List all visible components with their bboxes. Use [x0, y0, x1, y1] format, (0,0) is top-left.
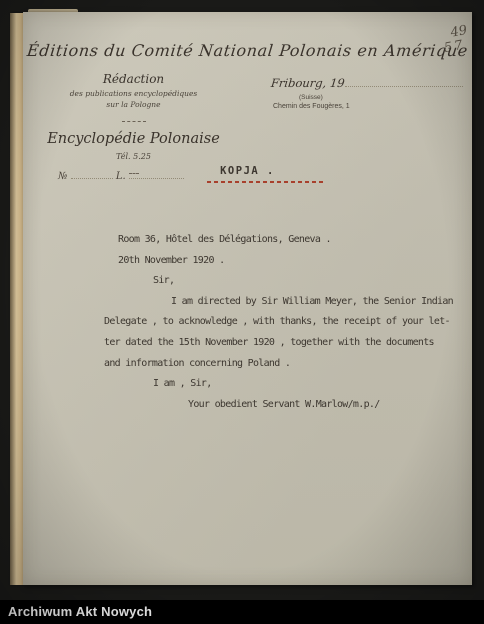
red-dashed-underline — [207, 181, 323, 183]
letter-line: ter dated the 15th November 1920 , toget… — [104, 333, 464, 354]
telephone-number: Tél. 5.25 — [31, 152, 236, 161]
street-address: Chemin des Fougères, 1 — [273, 103, 469, 110]
copy-heading: KOPJA . — [23, 165, 472, 177]
dotted-leader — [345, 78, 463, 87]
letter-body: Room 36, Hôtel des Délégations, Geneva .… — [104, 230, 464, 415]
organization-name: Encyclopédie Polonaise — [31, 131, 236, 147]
archive-caption-bar: Archiwum Akt Nowych — [0, 600, 484, 624]
letter-line: Sir, — [104, 271, 464, 292]
letterhead-right-block: Fribourg, 19 (Suisse) Chemin des Fougère… — [271, 74, 469, 110]
letter-line: 20th November 1920 . — [104, 251, 464, 272]
redaction-label: Rédaction — [31, 72, 236, 86]
letter-line: and information concerning Poland . — [104, 354, 464, 375]
letter-document-page: 49 57 Éditions du Comité National Polona… — [23, 12, 472, 585]
country-label: (Suisse) — [299, 94, 359, 101]
pologne-label: sur la Pologne — [31, 100, 236, 109]
letter-line: Delegate , to acknowledge , with thanks,… — [104, 312, 464, 333]
divider-dashes — [122, 121, 146, 122]
letterhead-title: Éditions du Comité National Polonais en … — [22, 41, 473, 60]
city-date-label: Fribourg, 19 — [270, 76, 345, 90]
letter-line: I am , Sir, — [104, 374, 464, 395]
letter-line: I am directed by Sir William Meyer, the … — [104, 292, 464, 313]
archival-scan-photo: 49 57 Éditions du Comité National Polona… — [0, 0, 484, 624]
letter-line: Your obedient Servant W.Marlow/m.p./ — [104, 395, 464, 416]
letter-line: Room 36, Hôtel des Délégations, Geneva . — [104, 230, 464, 251]
book-binding-page-edge — [10, 13, 24, 585]
publications-label: des publications encyclopédiques — [31, 89, 236, 98]
letterhead-left-block: Rédaction des publications encyclopédiqu… — [31, 72, 236, 179]
